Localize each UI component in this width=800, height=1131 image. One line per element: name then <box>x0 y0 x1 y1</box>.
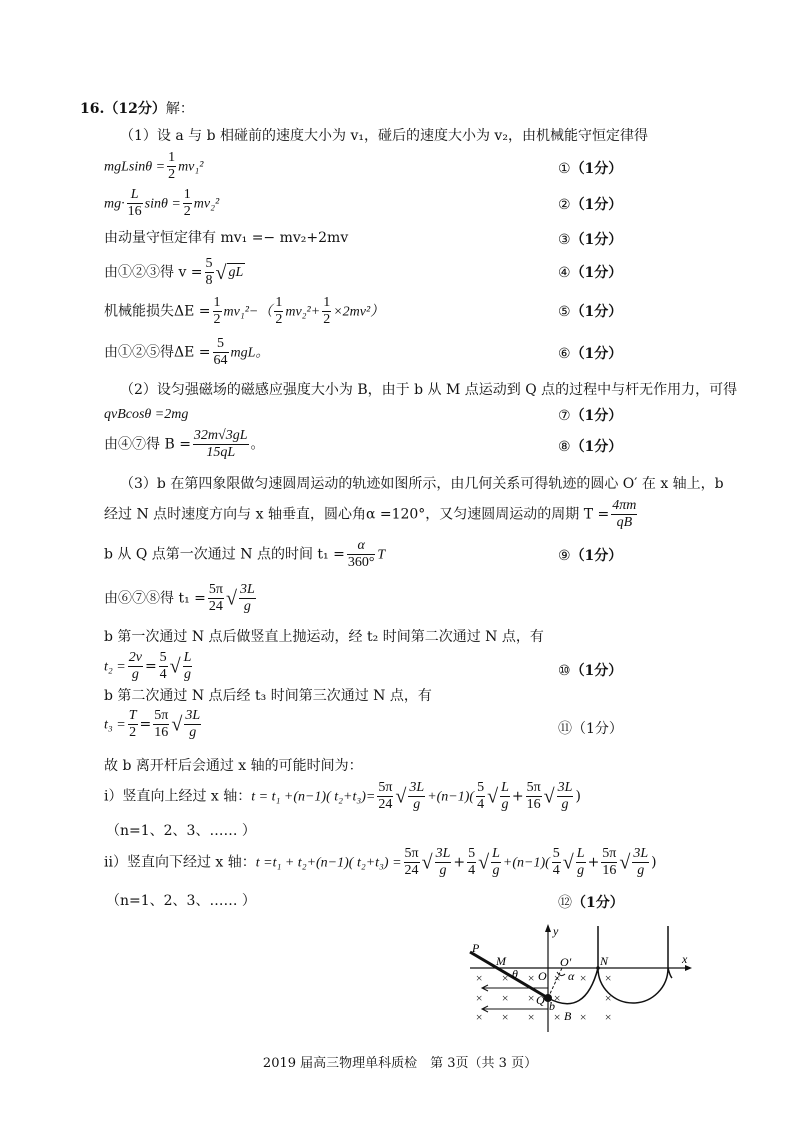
case-down-equation: ii）竖直向下经过 x 轴：t =t₁ + t₂+(n−1)( t₂+t₃) =… <box>104 846 657 879</box>
equation-3: 由动量守恒定律有 mv₁ =− mv₂+2mv <box>104 229 348 247</box>
svg-text:×: × <box>475 971 483 985</box>
solve-label: 解： <box>166 101 194 117</box>
problem-number: 16. <box>80 101 104 117</box>
score-5: ⑤（1分） <box>558 301 622 321</box>
svg-text:×: × <box>553 971 561 985</box>
score-7: ⑦（1分） <box>558 405 622 425</box>
case-up-equation: i）竖直向上经过 x 轴：t = t₁ +(n−1)( t₂+t₃)=5π24√… <box>104 780 581 813</box>
svg-text:×: × <box>604 971 612 985</box>
score-10: ⑩（1分） <box>558 660 622 680</box>
svg-text:×: × <box>501 1010 509 1024</box>
svg-text:×: × <box>579 1010 587 1024</box>
score-1: ①（1分） <box>558 158 622 178</box>
equation-1: mgLsinθ =12mv₁² <box>104 150 203 183</box>
score-9: ⑨（1分） <box>558 545 622 565</box>
equation-9b: 由⑥⑦⑧得 t₁ =5π24√3Lg <box>104 582 258 615</box>
svg-text:N: N <box>599 954 609 968</box>
text-t3: b 第二次通过 N 点后经 t₃ 时间第三次通过 N 点，有 <box>104 687 432 705</box>
svg-text:×: × <box>501 971 509 985</box>
page-footer: 2019 届高三物理单科质检 第 3页（共 3 页） <box>0 1052 800 1071</box>
equation-11: t₃ =T2=5π16√3Lg <box>104 708 203 741</box>
svg-text:B: B <box>564 1009 572 1023</box>
score-12: ⑫（1分） <box>558 892 624 912</box>
svg-text:×: × <box>527 971 535 985</box>
svg-text:P: P <box>471 941 480 955</box>
trajectory-figure: ×××××× ××××× ×××××× P M θ O O′ α N x y Q… <box>460 920 700 1040</box>
svg-text:M: M <box>495 954 507 968</box>
conclusion-text: 故 b 离开杆后会通过 x 轴的可能时间为： <box>104 757 363 775</box>
text-t2: b 第一次通过 N 点后做竖直上抛运动，经 t₂ 时间第二次通过 N 点，有 <box>104 628 544 646</box>
part1-intro: （1）设 a 与 b 相碰前的速度大小为 v₁，碰后的速度大小为 v₂，由机械能… <box>120 125 648 145</box>
part3-intro-2: 经过 N 点时速度方向与 x 轴垂直，圆心角α =120°，又匀速圆周运动的周期… <box>104 498 639 531</box>
part3-intro-1: （3）b 在第四象限做匀速圆周运动的轨迹如图所示，由几何关系可得轨迹的圆心 O′… <box>120 473 724 493</box>
svg-text:θ: θ <box>512 967 518 981</box>
svg-text:×: × <box>501 991 509 1005</box>
svg-text:Q: Q <box>536 993 545 1007</box>
equation-9: b 从 Q 点第一次通过 N 点的时间 t₁ =α360°T <box>104 538 385 571</box>
svg-text:x: x <box>681 952 688 966</box>
score-11: ⑪（1分） <box>558 718 623 738</box>
part2-intro: （2）设匀强磁场的磁感应强度大小为 B，由于 b 从 M 点运动到 Q 点的过程… <box>120 379 737 399</box>
equation-7: qvBcosθ =2mg <box>104 405 188 424</box>
equation-10: t₂ =2vg=54√Lg <box>104 650 194 683</box>
equation-2: mg·L16sinθ =12mv₂² <box>104 187 219 220</box>
svg-text:×: × <box>527 991 535 1005</box>
equation-8: 由④⑦得 B =32m√3gL15qL。 <box>104 428 265 461</box>
svg-text:×: × <box>475 1010 483 1024</box>
score-4: ④（1分） <box>558 262 622 282</box>
svg-text:O′: O′ <box>560 955 572 969</box>
case-down-range: （n=1、2、3、…… ） <box>106 892 256 910</box>
equation-4: 由①②③得 v =58√gL <box>104 256 245 289</box>
score-6: ⑥（1分） <box>558 343 622 363</box>
svg-text:×: × <box>604 991 612 1005</box>
svg-text:×: × <box>527 1010 535 1024</box>
score-3: ③（1分） <box>558 229 622 249</box>
equation-6: 由①②⑤得ΔE =564mgL。 <box>104 336 269 369</box>
case-up-range: （n=1、2、3、…… ） <box>106 822 256 840</box>
score-2: ②（1分） <box>558 194 622 214</box>
problem-header: 16.（12分）解： <box>80 98 194 118</box>
svg-text:y: y <box>552 924 559 938</box>
svg-text:α: α <box>568 969 575 983</box>
y-axis-arrow-icon <box>545 924 551 932</box>
svg-text:×: × <box>579 971 587 985</box>
svg-text:O: O <box>538 969 547 983</box>
score-8: ⑧（1分） <box>558 436 622 456</box>
svg-text:b: b <box>549 999 555 1013</box>
svg-text:×: × <box>475 991 483 1005</box>
problem-points: （12分） <box>104 101 165 117</box>
svg-text:×: × <box>604 1010 612 1024</box>
equation-5: 机械能损失ΔE =12mv₁²−（12mv₂²+12×2mv²） <box>104 295 384 328</box>
